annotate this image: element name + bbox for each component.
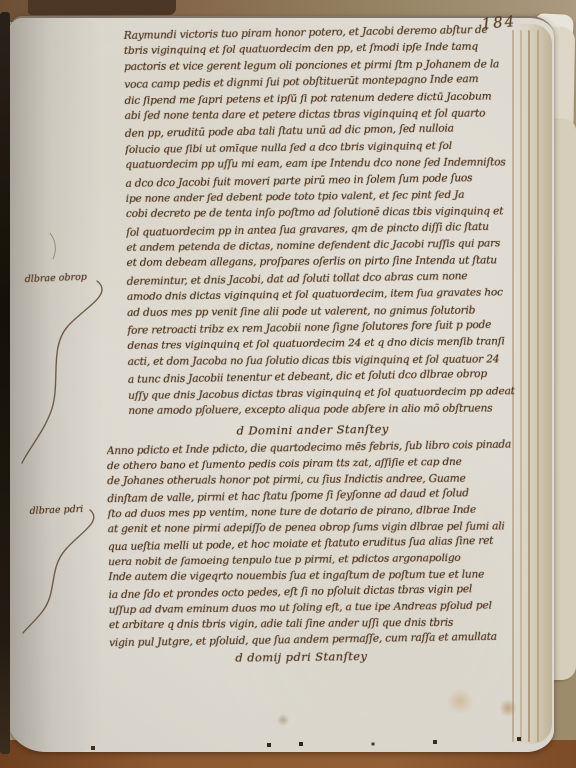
ink-specks bbox=[0, 0, 2, 2]
manuscript-photo: 184 Raymundi victoris tuo piram honor po… bbox=[0, 0, 576, 768]
pen-flourish bbox=[22, 281, 102, 463]
pen-stray-mark bbox=[50, 233, 55, 259]
pen-flourish-marks bbox=[0, 0, 576, 768]
pen-flourish bbox=[23, 510, 94, 633]
